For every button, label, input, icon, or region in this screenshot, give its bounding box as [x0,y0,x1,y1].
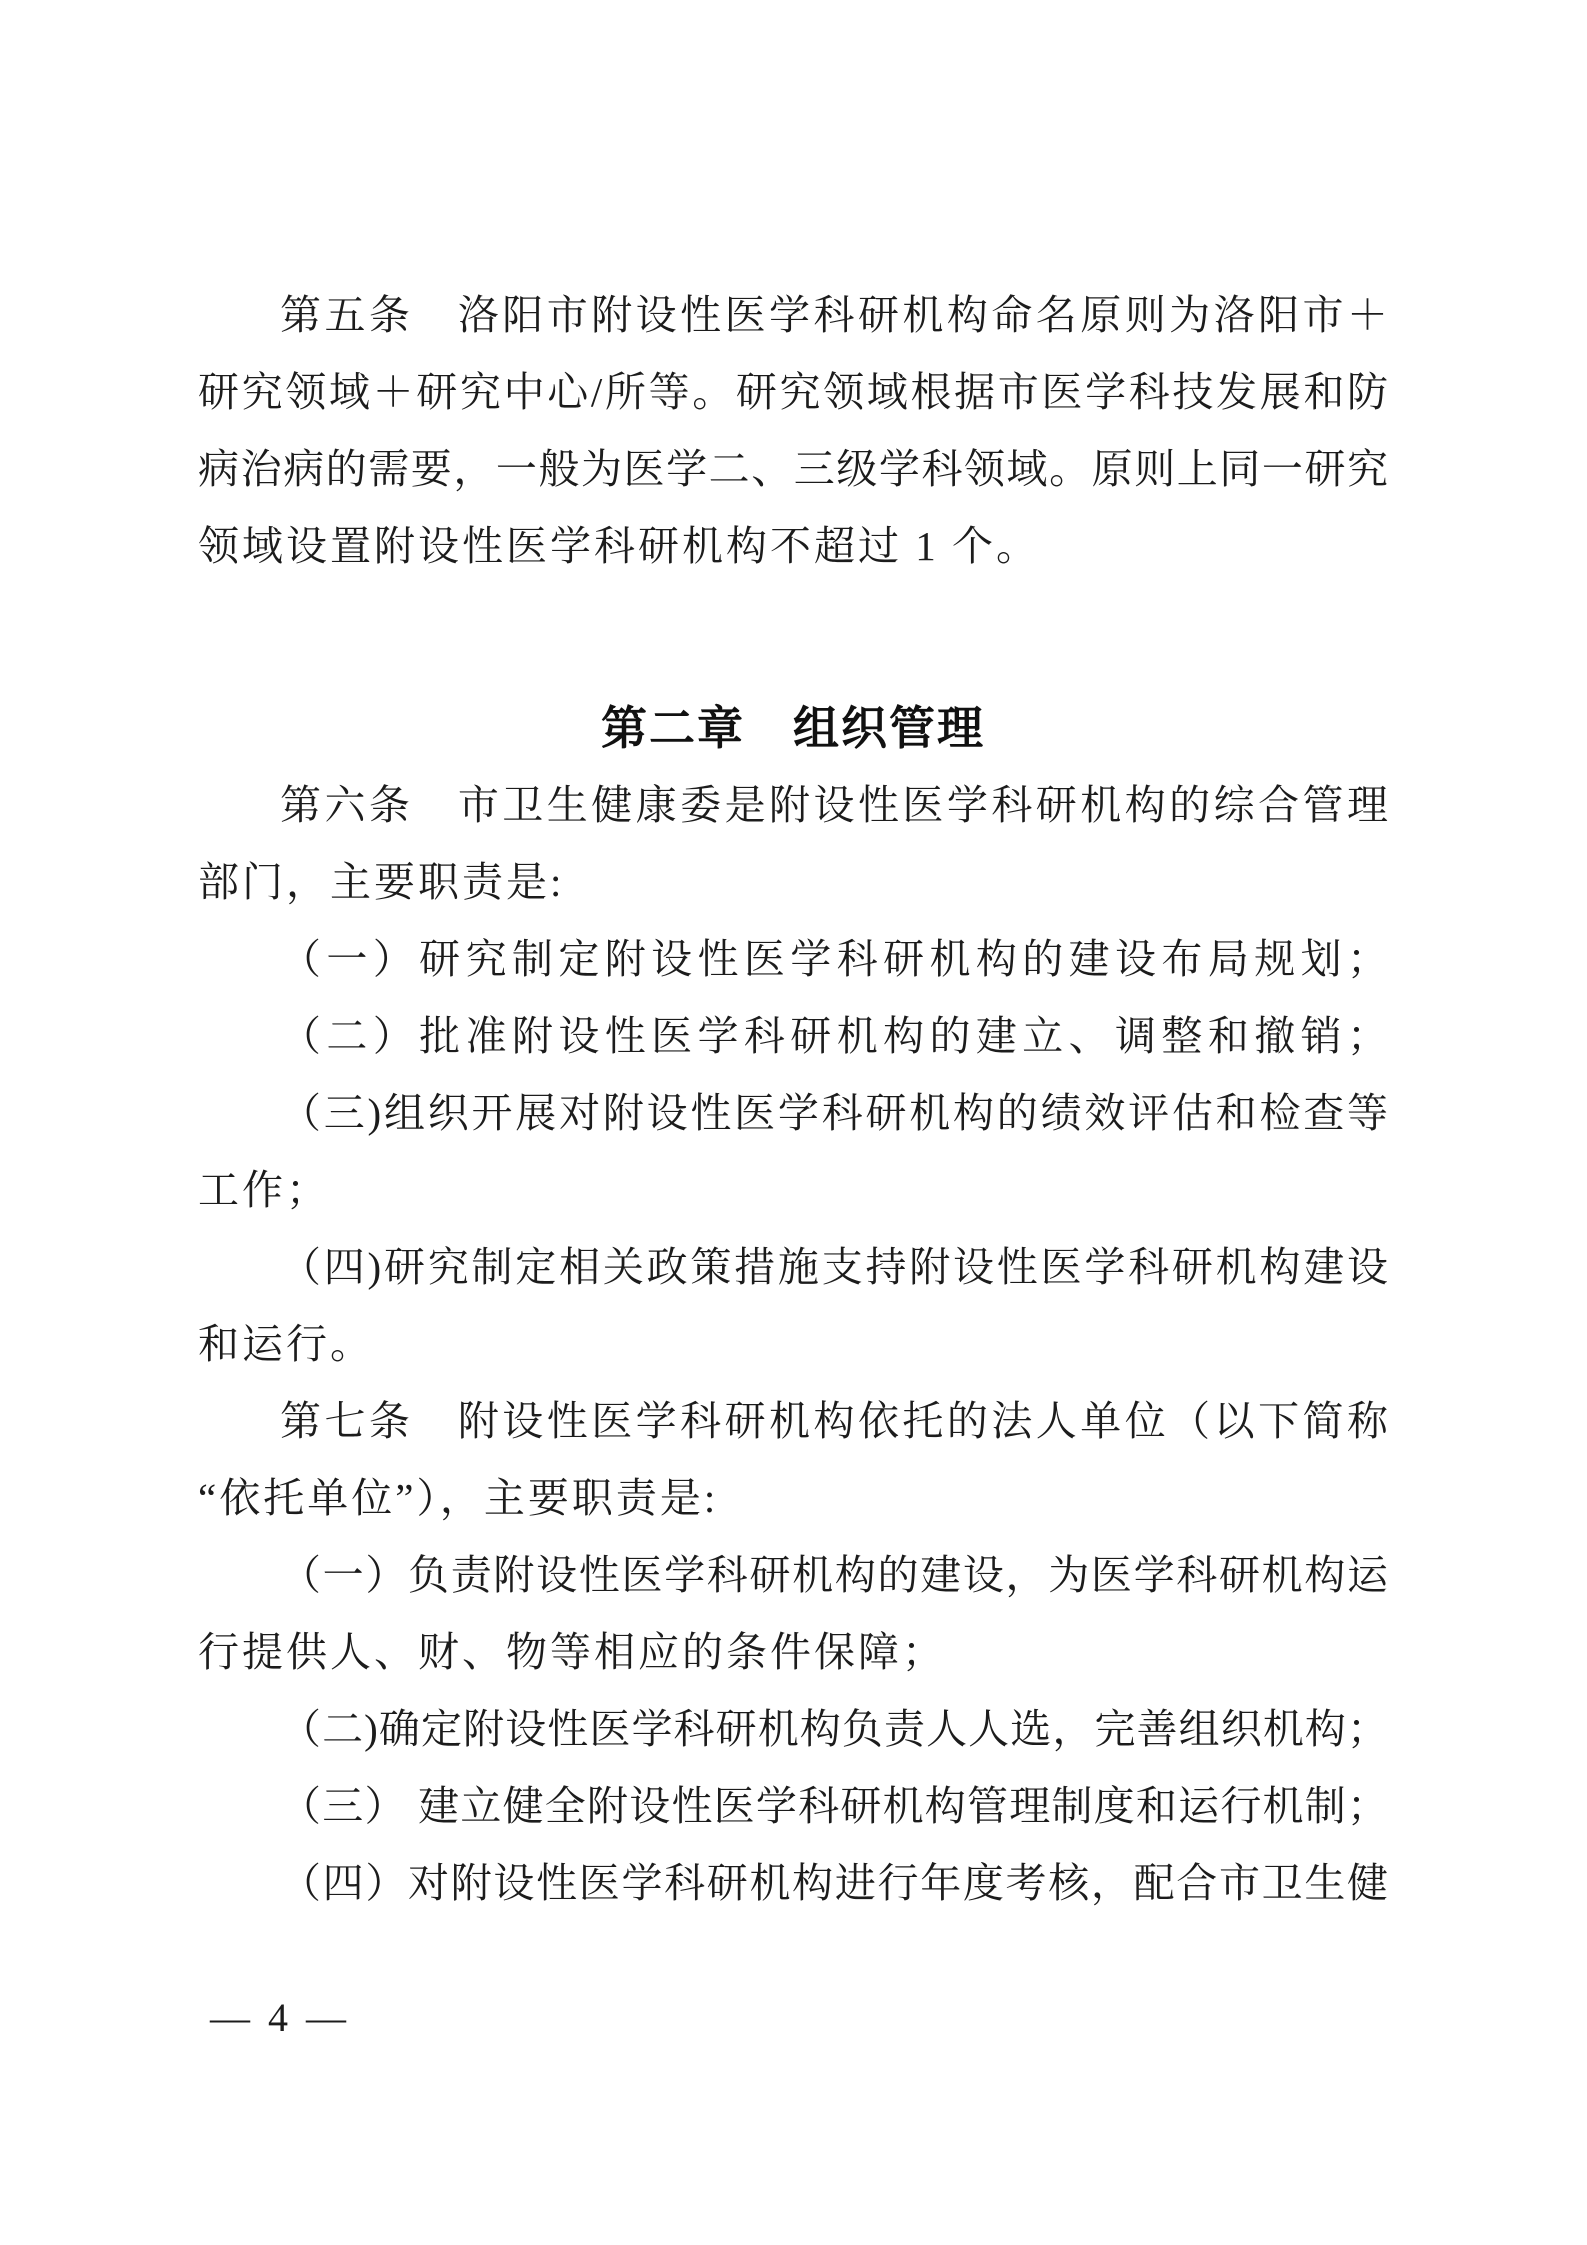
body-text-line: （一）负责附设性医学科研机构的建设，为医学科研机构运 [198,1537,1388,1614]
body-text-line: 病治病的需要，一般为医学二、三级学科领域。原则上同一研究 [198,431,1388,508]
body-text-line: （三)组织开展对附设性医学科研机构的绩效评估和检查等 [198,1075,1388,1152]
body-text-line: 第六条 市卫生健康委是附设性医学科研机构的综合管理 [198,767,1388,844]
body-text-line: 第七条 附设性医学科研机构依托的法人单位（以下简称 [198,1383,1388,1460]
body-text-line: 第五条 洛阳市附设性医学科研机构命名原则为洛阳市＋ [198,277,1388,354]
body-text-line: “依托单位”），主要职责是: [198,1460,1388,1537]
body-text-line: 工作； [198,1152,1388,1229]
body-text-line: （二）批准附设性医学科研机构的建立、调整和撤销； [198,998,1388,1075]
body-text-line: 领域设置附设性医学科研机构不超过 1 个。 [198,508,1388,585]
document-page: 第五条 洛阳市附设性医学科研机构命名原则为洛阳市＋研究领域＋研究中心/所等。研究… [0,0,1587,2245]
page-number: — 4 — [210,1995,350,2040]
body-text-line: 行提供人、财、物等相应的条件保障； [198,1614,1388,1691]
body-text-line: 部门，主要职责是: [198,844,1388,921]
page-footer: — 4 — [210,1988,350,2048]
body-text-line: 和运行。 [198,1306,1388,1383]
body-text-line: （四）对附设性医学科研机构进行年度考核，配合市卫生健 [198,1845,1388,1922]
chapter-heading: 第二章 组织管理 [198,690,1388,767]
document-body: 第五条 洛阳市附设性医学科研机构命名原则为洛阳市＋研究领域＋研究中心/所等。研究… [198,277,1388,1922]
body-text-line: （四)研究制定相关政策措施支持附设性医学科研机构建设 [198,1229,1388,1306]
body-text-line: （一）研究制定附设性医学科研机构的建设布局规划； [198,921,1388,998]
body-text-line: （三） 建立健全附设性医学科研机构管理制度和运行机制； [198,1768,1388,1845]
body-text-line: 研究领域＋研究中心/所等。研究领域根据市医学科技发展和防 [198,354,1388,431]
body-text-line: （二)确定附设性医学科研机构负责人人选，完善组织机构； [198,1691,1388,1768]
